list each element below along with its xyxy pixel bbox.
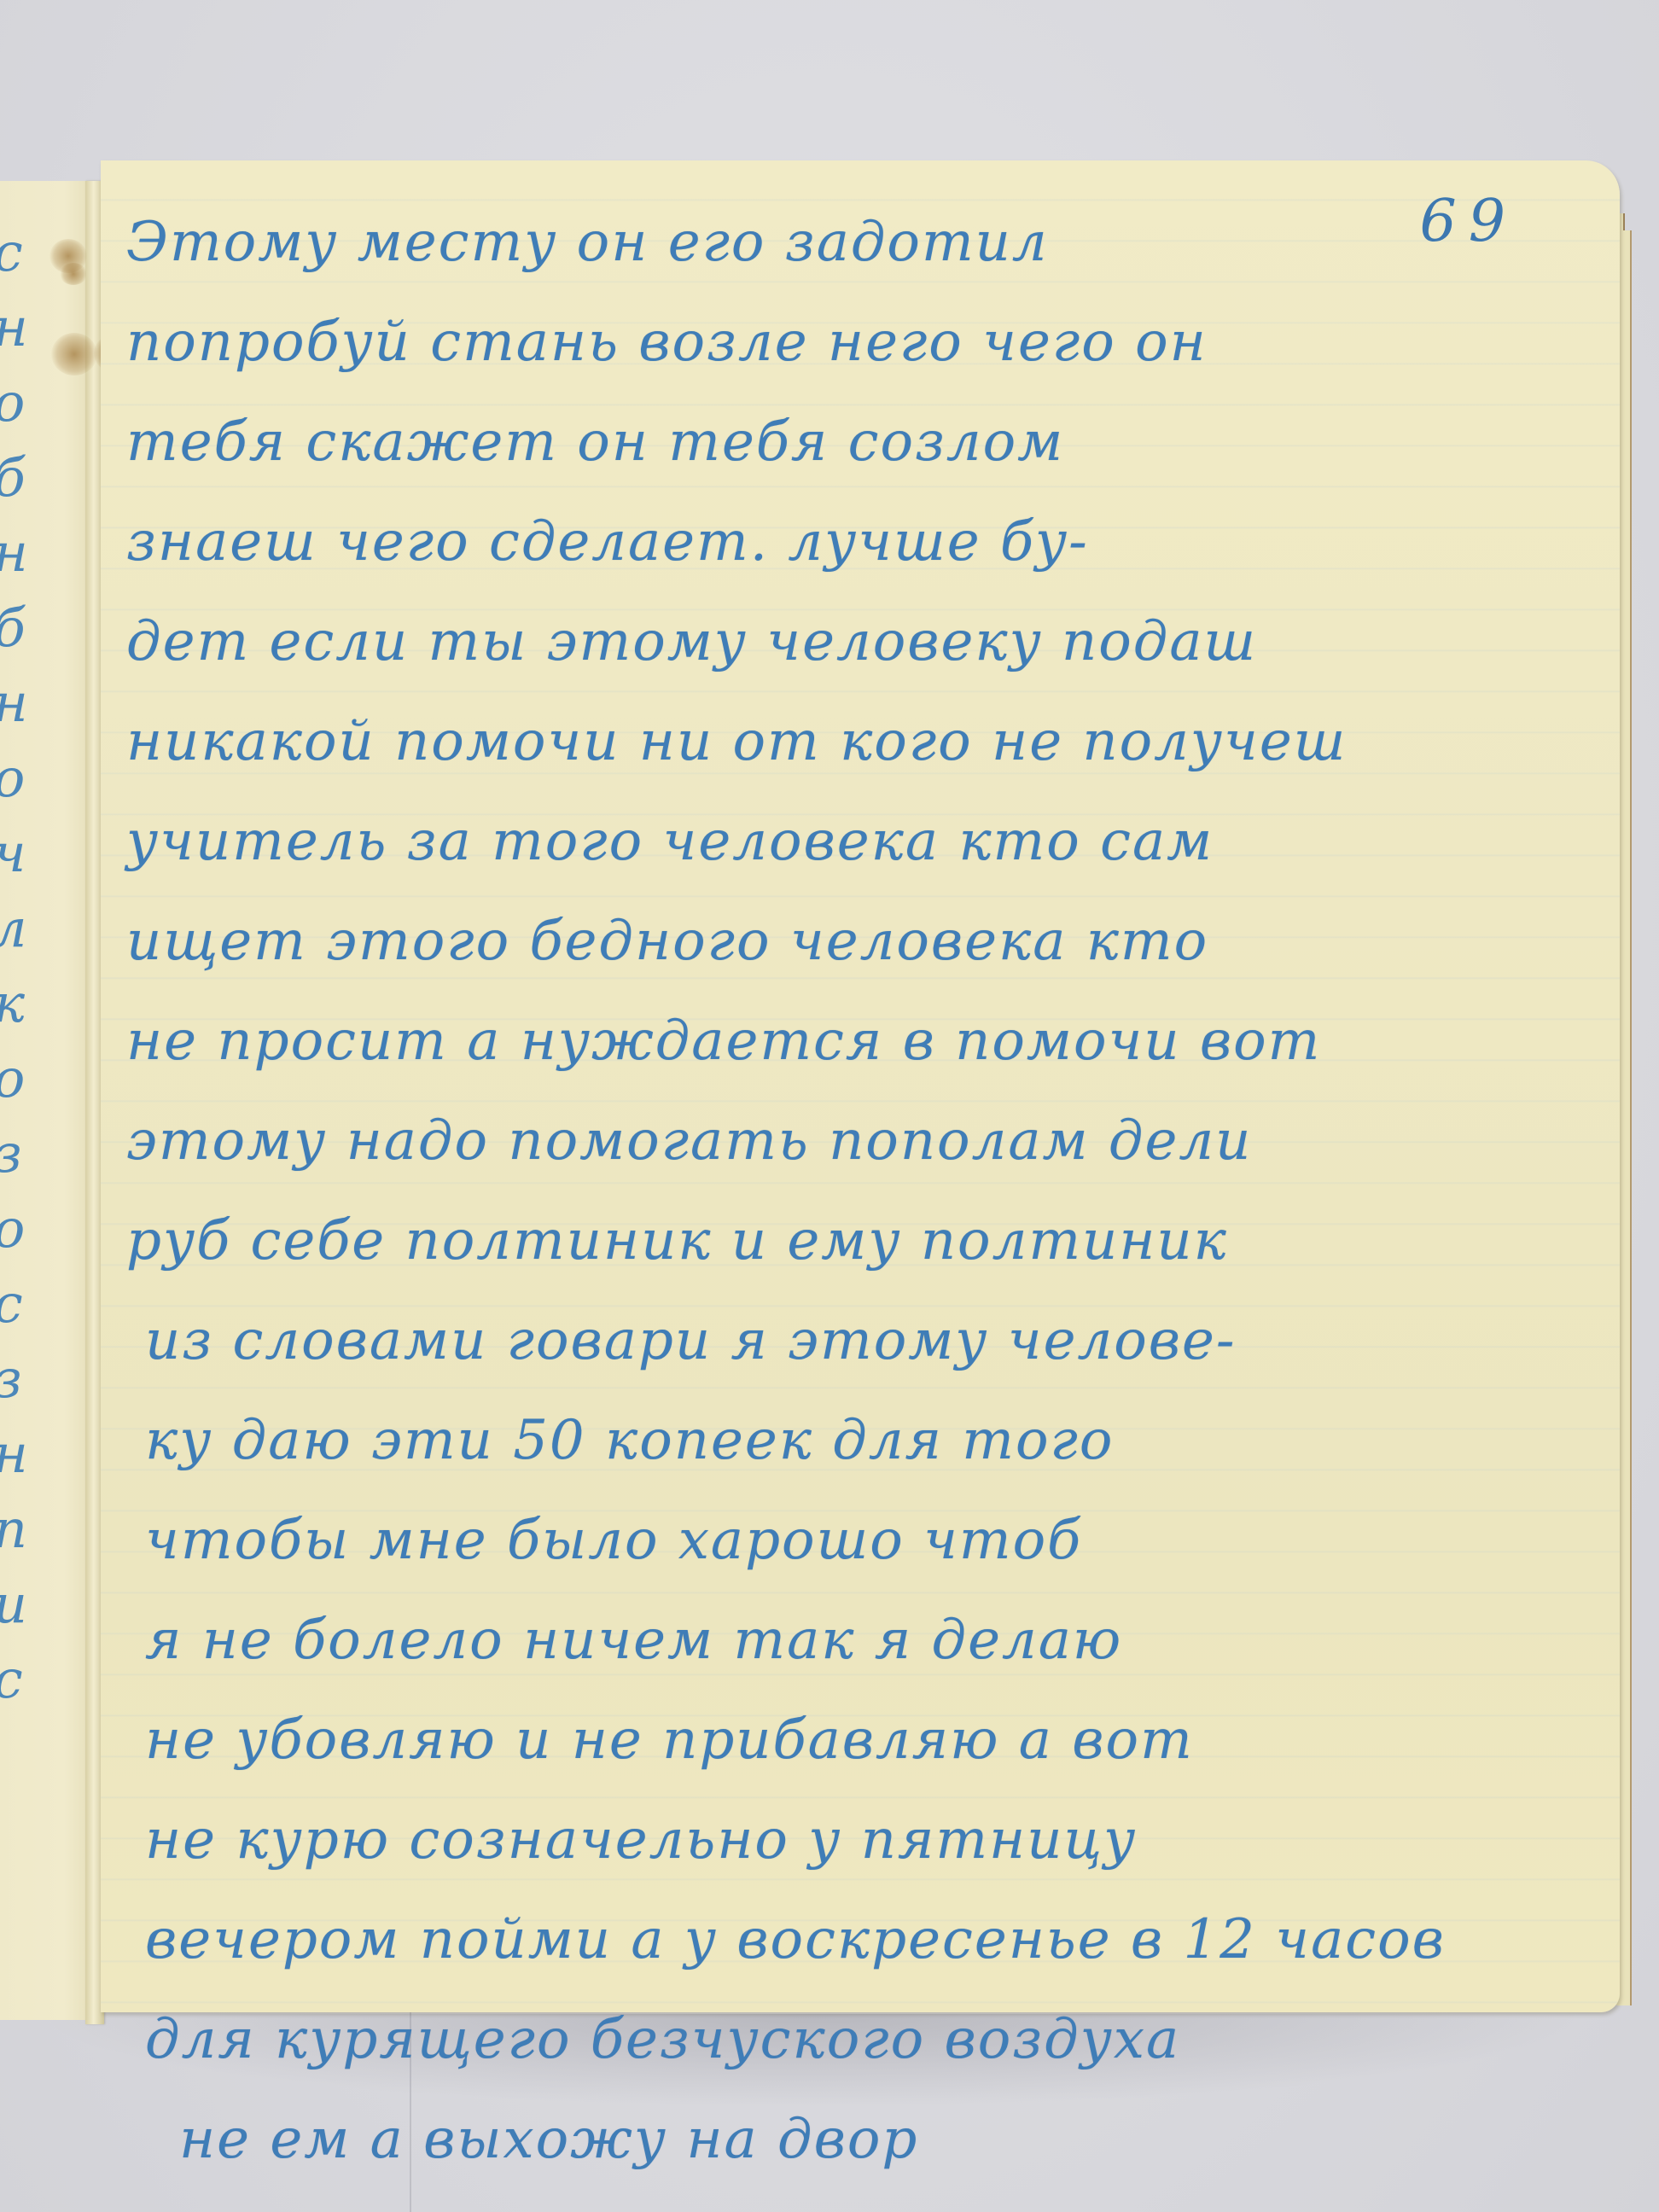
text-line: этому надо помогать пополам дели xyxy=(126,1091,1560,1191)
text-line: я не болело ничем так я делаю xyxy=(126,1591,1560,1691)
text-line: не убовляю и не прибавляю а вот xyxy=(126,1691,1560,1790)
text-line: для курящего безчуского воздуха xyxy=(126,1990,1560,2090)
stain-spot xyxy=(51,333,97,375)
notebook-page: 69 Этому месту он его задотил попробуй с… xyxy=(101,160,1620,2012)
left-page-margin-letters: с н о б н б н о ч л к о з о с з н п и с xyxy=(0,215,68,1717)
text-line: дет если ты этому человеку подаш xyxy=(126,592,1560,692)
stain-spot xyxy=(60,263,87,285)
text-line: ку даю эти 50 копеек для того xyxy=(126,1391,1560,1491)
left-letter: и xyxy=(0,1567,27,1642)
text-line: вечером пойми а у воскресенье в 12 часов xyxy=(126,1890,1560,1990)
left-letter: н xyxy=(0,515,28,591)
left-letter: о xyxy=(0,1191,25,1266)
handwritten-text: Этому месту он его задотил попробуй стан… xyxy=(126,193,1560,2190)
left-letter: л xyxy=(0,891,26,966)
left-letter: о xyxy=(0,1041,25,1116)
left-letter: о xyxy=(0,741,25,816)
text-line: Этому месту он его задотил xyxy=(126,193,1560,293)
text-line: не просит а нуждается в помочи вот xyxy=(126,992,1560,1091)
left-letter: с xyxy=(0,1266,23,1342)
left-letter: б xyxy=(0,440,26,515)
left-letter: з xyxy=(0,1116,22,1191)
text-line: руб себе полтиник и ему полтиник xyxy=(126,1191,1560,1291)
text-line: тебя скажет он тебя созлом xyxy=(126,393,1560,492)
text-line: не курю созначельно у пятницу xyxy=(126,1790,1560,1890)
text-line: не ем а выхожу на двор xyxy=(126,2090,1560,2190)
left-letter: б xyxy=(0,591,26,666)
left-letter: о xyxy=(0,365,25,440)
left-letter: з xyxy=(0,1342,22,1417)
text-line: знаеш чего сделает. лучше бу- xyxy=(126,492,1560,592)
left-letter: н xyxy=(0,666,28,741)
left-letter: с xyxy=(0,215,23,290)
text-line: чтобы мне было харошо чтоб xyxy=(126,1491,1560,1591)
left-letter: с xyxy=(0,1642,23,1717)
text-line: учитель за того человека кто сам xyxy=(126,792,1560,892)
left-letter: н xyxy=(0,1417,28,1492)
text-line: никакой помочи ни от кого не получеш xyxy=(126,692,1560,792)
text-line: ищет этого бедного человека кто xyxy=(126,892,1560,992)
left-letter: к xyxy=(0,966,25,1041)
left-letter: ч xyxy=(0,816,26,891)
left-letter: н xyxy=(0,290,28,365)
left-page-edge: с н о б н б н о ч л к о з о с з н п и с xyxy=(0,181,92,2020)
text-line: из словами говари я этому челове- xyxy=(126,1291,1560,1391)
left-letter: п xyxy=(0,1492,27,1567)
page-stack-edge xyxy=(1623,230,1632,2005)
text-line: попробуй стань возле него чего он xyxy=(126,293,1560,393)
